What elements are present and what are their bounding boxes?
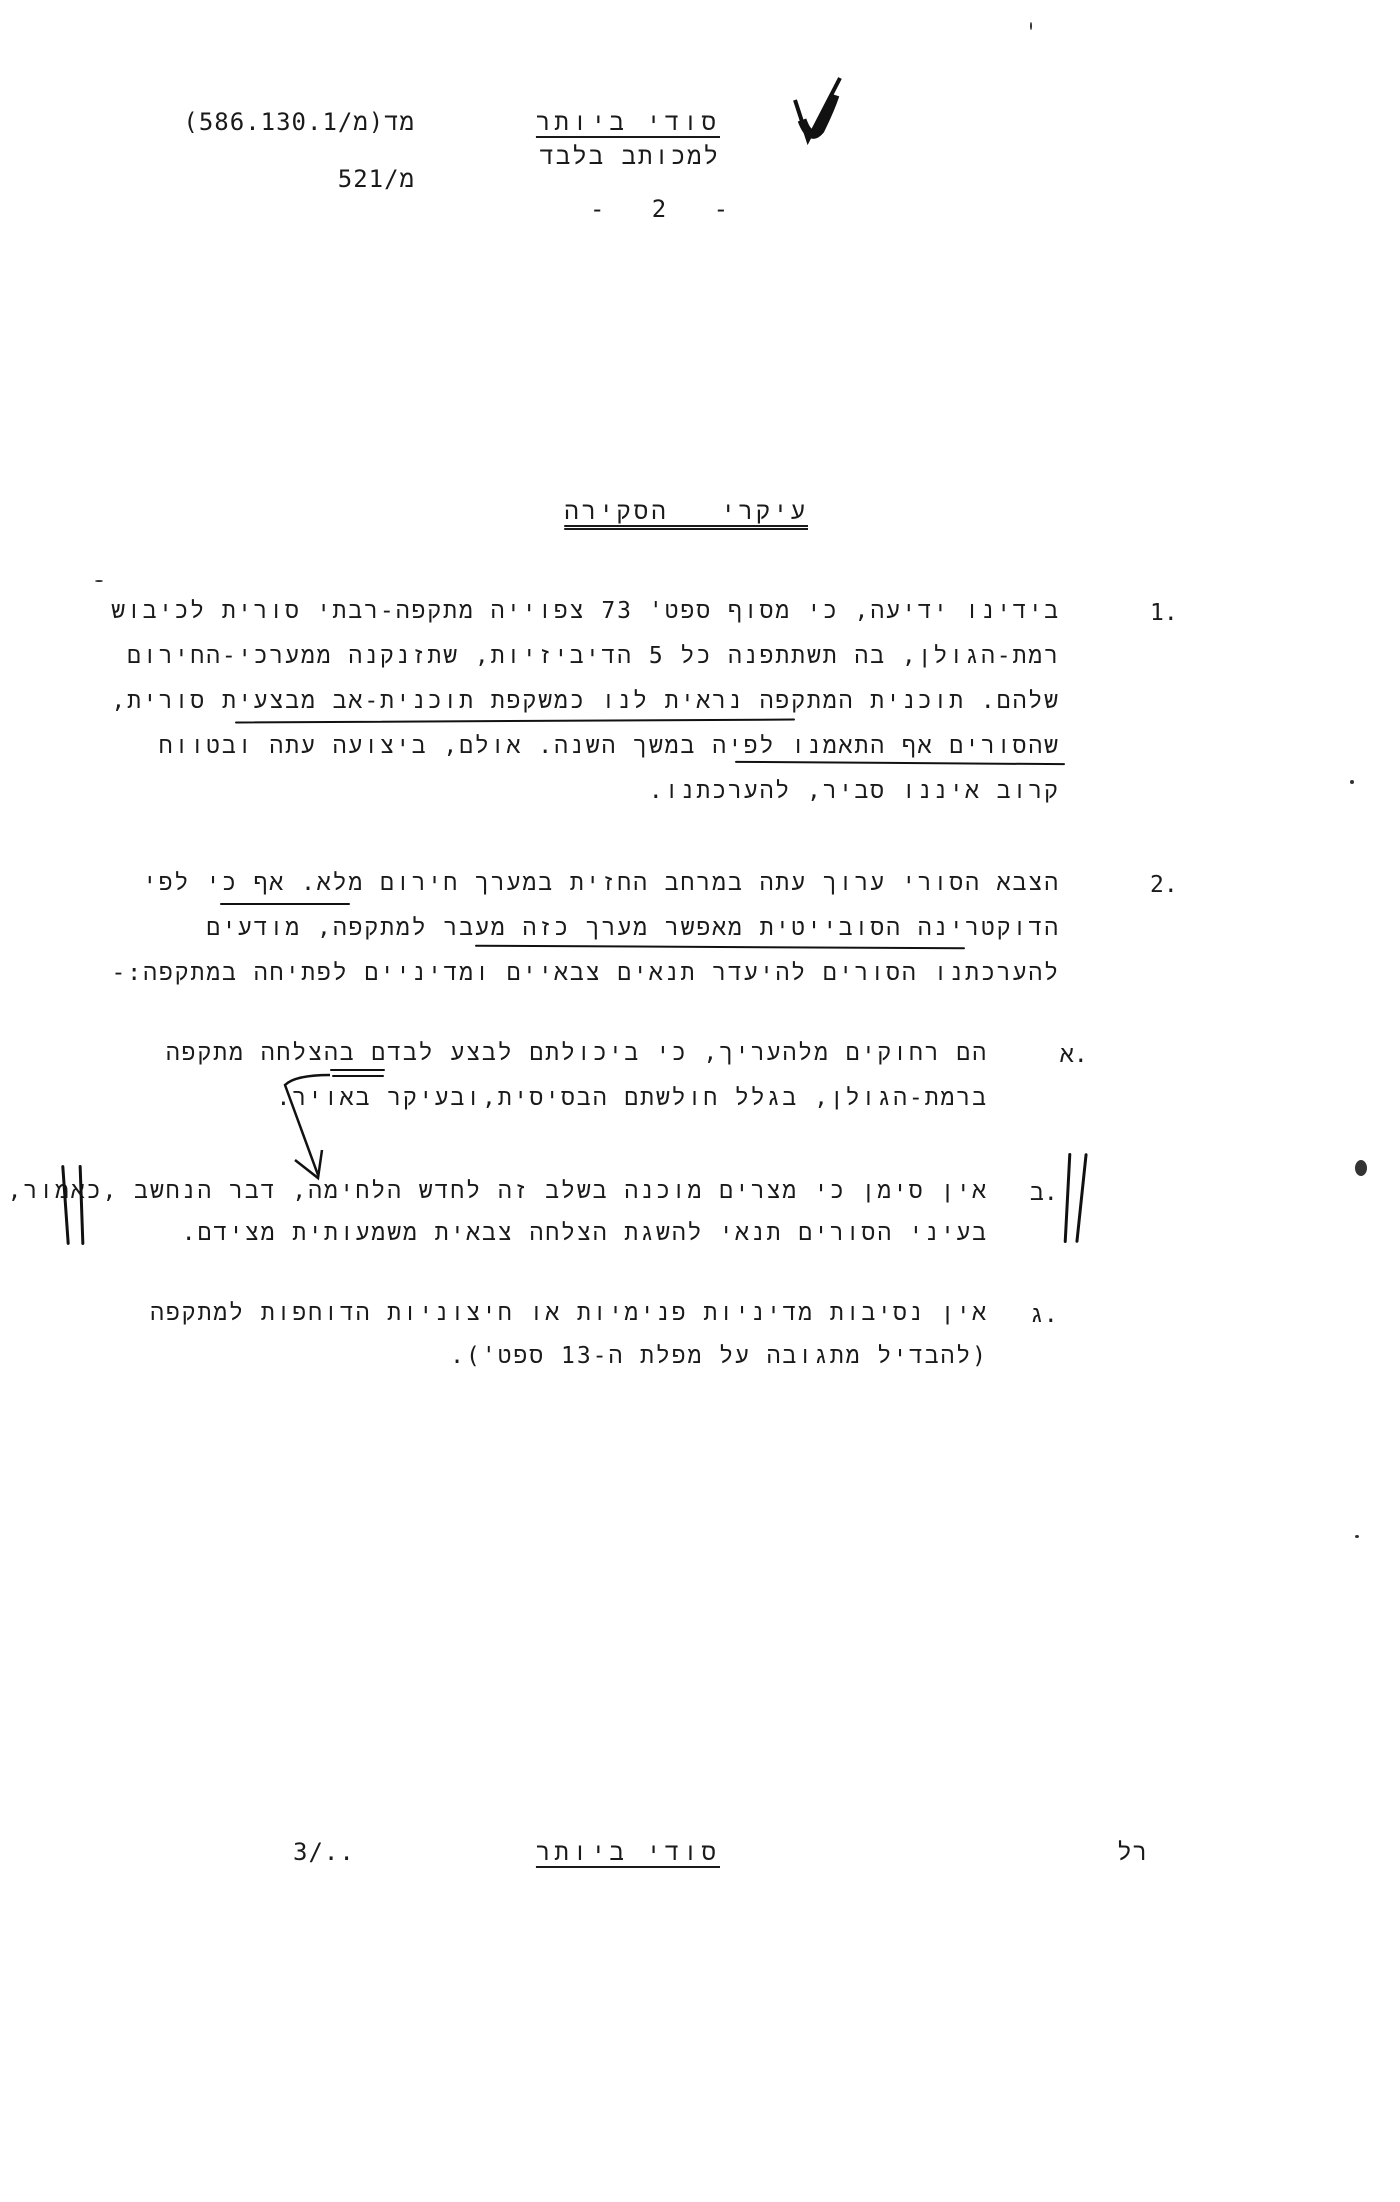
handwritten-check-icon bbox=[790, 70, 860, 150]
distribution-restriction: למכותב בלבד bbox=[540, 142, 720, 172]
sub-item-letter: ב. bbox=[1030, 1180, 1058, 1207]
margin-mark-right bbox=[1064, 1153, 1072, 1243]
handwritten-underline bbox=[235, 719, 795, 724]
scan-speck bbox=[1350, 780, 1354, 784]
paragraph-line: להערכתנו הסורים להיעדר תנאים צבאיים ומדי… bbox=[111, 962, 1060, 985]
file-reference: מד(מ/586.130.1) bbox=[183, 108, 415, 138]
continuation-marker: 3/.. bbox=[293, 1838, 355, 1866]
page-number: - 2 - bbox=[590, 195, 729, 223]
paragraph-number: 2. bbox=[1150, 872, 1178, 898]
handwritten-underline bbox=[735, 761, 1065, 765]
paragraph-line: הדוקטרינה הסובייטית מאפשר מערך כזה מעבר … bbox=[206, 917, 1060, 940]
sub-item-line: (להבדיל מתגובה על מפלת ה-13 ספט'). bbox=[450, 1345, 988, 1368]
sub-item-line: בעיני הסורים תנאי להשגת הצלחה צבאית משמע… bbox=[182, 1222, 988, 1245]
handwritten-underline bbox=[475, 945, 965, 950]
typist-initials: רל bbox=[1117, 1838, 1148, 1868]
paragraph-number: 1. bbox=[1150, 600, 1178, 626]
margin-mark-right bbox=[1075, 1153, 1087, 1243]
classification-top: סודי ביותר bbox=[536, 108, 720, 138]
scan-speck bbox=[1355, 1160, 1367, 1176]
paragraph-line: בידינו ידיעה, כי מסוף ספט' 73 צפוייה מתק… bbox=[111, 600, 1060, 623]
scan-speck bbox=[1355, 1535, 1359, 1538]
paragraph-line: שלהם. תוכנית המתקפה נראית לנו כמשקפת תוכ… bbox=[111, 690, 1060, 713]
sub-item-letter: א. bbox=[1060, 1042, 1088, 1069]
paragraph-line: הצבא הסורי ערוך עתה במרחב החזית במערך חי… bbox=[143, 872, 1060, 895]
handwritten-arrow-icon bbox=[250, 1070, 370, 1190]
handwritten-underline bbox=[220, 903, 350, 905]
margin-mark-left bbox=[79, 1165, 85, 1245]
sub-item-line: אין נסיבות מדיניות פנימיות או חיצוניות ה… bbox=[150, 1302, 988, 1325]
sub-item-letter: ג. bbox=[1030, 1302, 1058, 1329]
sub-item-line: ברמת-הגולן, בגלל חולשתם הבסיסית,ובעיקר ב… bbox=[277, 1087, 988, 1110]
sub-item-line: הם רחוקים מלהעריך, כי ביכולתם לבצע לבדם … bbox=[166, 1042, 988, 1065]
file-sub-reference: מ/521 bbox=[338, 165, 415, 195]
sub-item-line: אין סימן כי מצרים מוכנה בשלב זה לחדש הלח… bbox=[8, 1180, 988, 1203]
margin-mark-left bbox=[61, 1165, 70, 1245]
paragraph-line: רמת-הגולן, בה תשתתפנה כל 5 הדיביזיות, שת… bbox=[127, 645, 1060, 668]
classification-bottom: סודי ביותר bbox=[536, 1838, 720, 1868]
page-title: עיקרי הסקירה bbox=[564, 497, 808, 527]
scan-speck bbox=[1030, 22, 1032, 30]
paragraph-line: קרוב איננו סביר, להערכתנו. bbox=[649, 780, 1060, 803]
paragraph-line: שהסורים אף התאמנו לפיה במשך השנה. אולם, … bbox=[159, 735, 1060, 758]
scan-speck bbox=[95, 580, 103, 582]
